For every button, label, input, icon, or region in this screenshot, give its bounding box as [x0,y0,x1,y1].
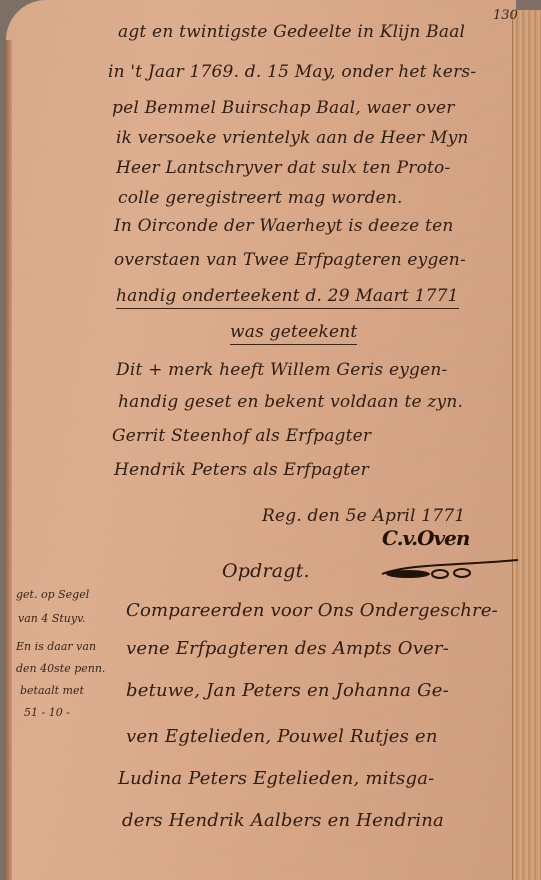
text-line: agt en twintigste Gedeelte in Klijn Baal [118,22,465,42]
page-number: 130 [493,8,518,23]
margin-note-line: van 4 Stuyv. [18,612,86,625]
text-line: overstaen van Twee Erfpagteren eygen- [114,250,466,270]
text-line: Compareerden voor Ons Ondergeschre- [126,600,498,621]
document-scan: 130 agt en twintigste Gedeelte in Klijn … [0,0,541,880]
text-line: vene Erfpagteren des Ampts Over- [126,638,449,659]
text-line: In Oirconde der Waerheyt is deeze ten [114,216,454,236]
margin-note-line: den 40ste penn. [16,662,105,675]
signature-line: Hendrik Peters als Erfpagter [114,460,369,480]
text-line: betuwe, Jan Peters en Johanna Ge- [126,680,449,701]
section-heading: Opdragt. [222,560,310,582]
margin-note-line: 51 - 10 - [24,706,70,719]
text-line: handig onderteekent d. 29 Maart 1771 [116,286,459,309]
text-line: ik versoeke vrientelyk aan de Heer Myn [116,128,469,148]
signed-heading: was geteekent [230,322,357,345]
text-line: ders Hendrik Aalbers en Hendrina [122,810,444,831]
signature-line: handig geset en bekent voldaan te zyn. [118,392,463,412]
text-line: Ludina Peters Egtelieden, mitsga- [118,768,434,789]
registrar-signature-text: C.v.Oven [382,526,469,550]
text-line: Heer Lantschryver dat sulx ten Proto- [116,158,450,178]
signature-flourish-icon [378,556,528,582]
text-line: ven Egtelieden, Pouwel Rutjes en [126,726,438,747]
text-line: pel Bemmel Buirschap Baal, waer over [112,98,455,118]
margin-note-line: En is daar van [16,640,96,653]
signature-line: Gerrit Steenhof als Erfpagter [112,426,371,446]
margin-note-line: get. op Segel [16,588,89,601]
registrar-signature: C.v.Oven [378,526,528,576]
book-page-edges [512,10,541,880]
text-line: colle geregistreert mag worden. [118,188,403,208]
registration-date: Reg. den 5e April 1771 [262,506,465,526]
text-line: in 't Jaar 1769. d. 15 May, onder het ke… [108,62,476,82]
margin-note-line: betaalt met [20,684,84,697]
signature-line: Dit + merk heeft Willem Geris eygen- [116,360,447,380]
